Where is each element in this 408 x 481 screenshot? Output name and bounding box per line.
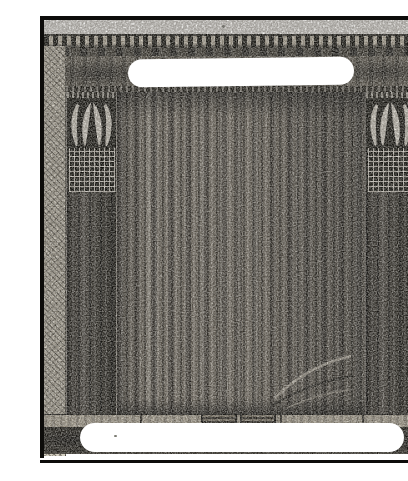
column-right xyxy=(366,92,408,414)
top-margin-band xyxy=(44,20,408,34)
ink-speck xyxy=(222,25,225,28)
frame-top-rule xyxy=(40,16,408,20)
cornice-shadow-strip xyxy=(44,48,408,56)
engraving-canvas xyxy=(40,16,408,465)
palm-capital-icon xyxy=(366,98,408,148)
frame-bottom-rule xyxy=(40,460,408,463)
column-shaft xyxy=(67,192,116,414)
lattice-band xyxy=(368,148,408,192)
column-shaft xyxy=(366,192,408,414)
blank-plaque xyxy=(128,57,354,88)
frame-left-rule xyxy=(40,16,44,458)
ink-speck xyxy=(114,435,117,437)
dentil-molding xyxy=(44,34,408,48)
palm-capital-icon xyxy=(67,98,116,148)
blank-caption-band xyxy=(80,423,404,452)
curtain-swag-fold xyxy=(267,336,359,414)
pilaster-left xyxy=(44,46,66,456)
column-left xyxy=(66,92,116,414)
curtain xyxy=(116,92,366,414)
lattice-band xyxy=(69,148,115,192)
